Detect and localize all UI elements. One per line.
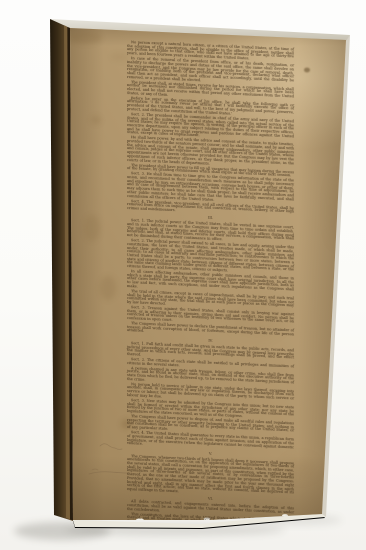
document-paragraph: The Congress, whenever two-thirds of bot… xyxy=(127,455,294,499)
canvas-side xyxy=(50,19,73,521)
document-photo: No person except a natural born citizen,… xyxy=(0,0,366,550)
document-text: No person except a natural born citizen,… xyxy=(127,41,294,536)
